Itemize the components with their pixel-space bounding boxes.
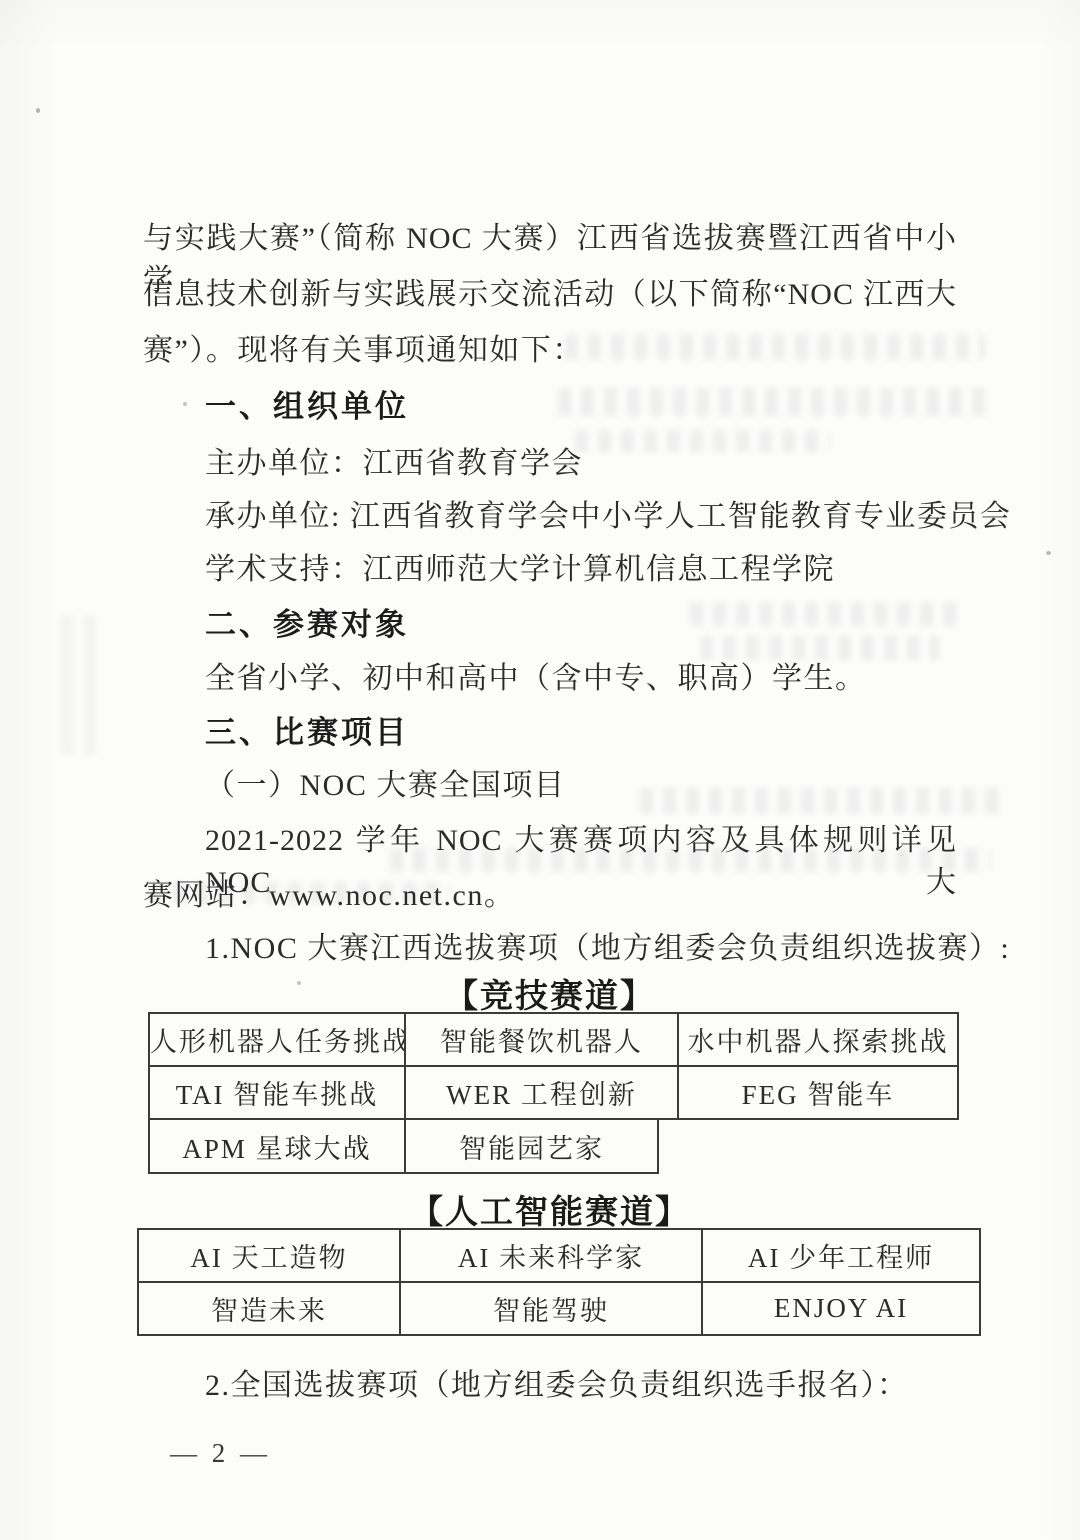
scan-speck [36,108,40,113]
scan-speck [183,402,187,406]
table-cell: 智造未来 [138,1282,400,1335]
academic-support-line: 学术支持：江西师范大学计算机信息工程学院 [205,549,957,591]
competitive-track-table-row3: APM 星球大战 智能园艺家 [148,1118,659,1174]
list-item-2: 2.全国选拔赛项（地方组委会负责组织选手报名）： [205,1365,957,1407]
page-number: — 2 — [170,1438,271,1469]
rules-line-2-website: 赛网站：www.noc.net.cn。 [143,875,957,917]
table-cell: 智能园艺家 [405,1119,658,1173]
table-row: 人形机器人任务挑战 智能餐饮机器人 水中机器人探索挑战 [149,1013,958,1066]
section-heading-2: 二、参赛对象 [205,604,957,646]
table-cell: TAI 智能车挑战 [149,1066,405,1119]
table-cell: APM 星球大战 [149,1119,405,1173]
list-item-1: 1.NOC 大赛江西选拔赛项（地方组委会负责组织选拔赛）: [205,928,957,970]
bleedthrough-artifact [60,615,106,755]
participants-line: 全省小学、初中和高中（含中专、职高）学生。 [205,658,957,700]
table-cell: FEG 智能车 [678,1066,958,1119]
scanned-document-page: 与实践大赛”（简称 NOC 大赛）江西省选拔赛暨江西省中小学 信息技术创新与实践… [0,0,1080,1540]
ai-track-table: AI 天工造物 AI 未来科学家 AI 少年工程师 智造未来 智能驾驶 ENJO… [137,1228,981,1336]
table-row: APM 星球大战 智能园艺家 [149,1119,658,1173]
subsection-item-1: （一）NOC 大赛全国项目 [205,765,957,807]
scan-speck [1046,551,1051,555]
intro-line: 信息技术创新与实践展示交流活动（以下简称“NOC 江西大 [143,274,957,316]
table-cell: WER 工程创新 [405,1066,678,1119]
section-heading-3: 三、比赛项目 [205,712,957,754]
organizer-line: 主办单位：江西省教育学会 [205,443,957,485]
intro-line: 赛”）。现将有关事项通知如下： [143,330,957,372]
table-cell: ENJOY AI [702,1282,980,1335]
section-heading-1: 一、组织单位 [205,386,957,428]
table-title-competitive-track: 【竞技赛道】 [143,970,957,1017]
table-cell: AI 未来科学家 [400,1229,702,1282]
table-row: TAI 智能车挑战 WER 工程创新 FEG 智能车 [149,1066,958,1119]
table-cell: AI 天工造物 [138,1229,400,1282]
table-row: 智造未来 智能驾驶 ENJOY AI [138,1282,980,1335]
table-cell: 智能驾驶 [400,1282,702,1335]
table-cell: 人形机器人任务挑战 [149,1013,405,1066]
competitive-track-table: 人形机器人任务挑战 智能餐饮机器人 水中机器人探索挑战 TAI 智能车挑战 WE… [148,1012,959,1120]
table-cell: AI 少年工程师 [702,1229,980,1282]
table-cell: 水中机器人探索挑战 [678,1013,958,1066]
undertaker-line: 承办单位: 江西省教育学会中小学人工智能教育专业委员会 [205,496,957,538]
table-cell: 智能餐饮机器人 [405,1013,678,1066]
table-row: AI 天工造物 AI 未来科学家 AI 少年工程师 [138,1229,980,1282]
table-title-ai-track: 【人工智能赛道】 [143,1186,957,1233]
